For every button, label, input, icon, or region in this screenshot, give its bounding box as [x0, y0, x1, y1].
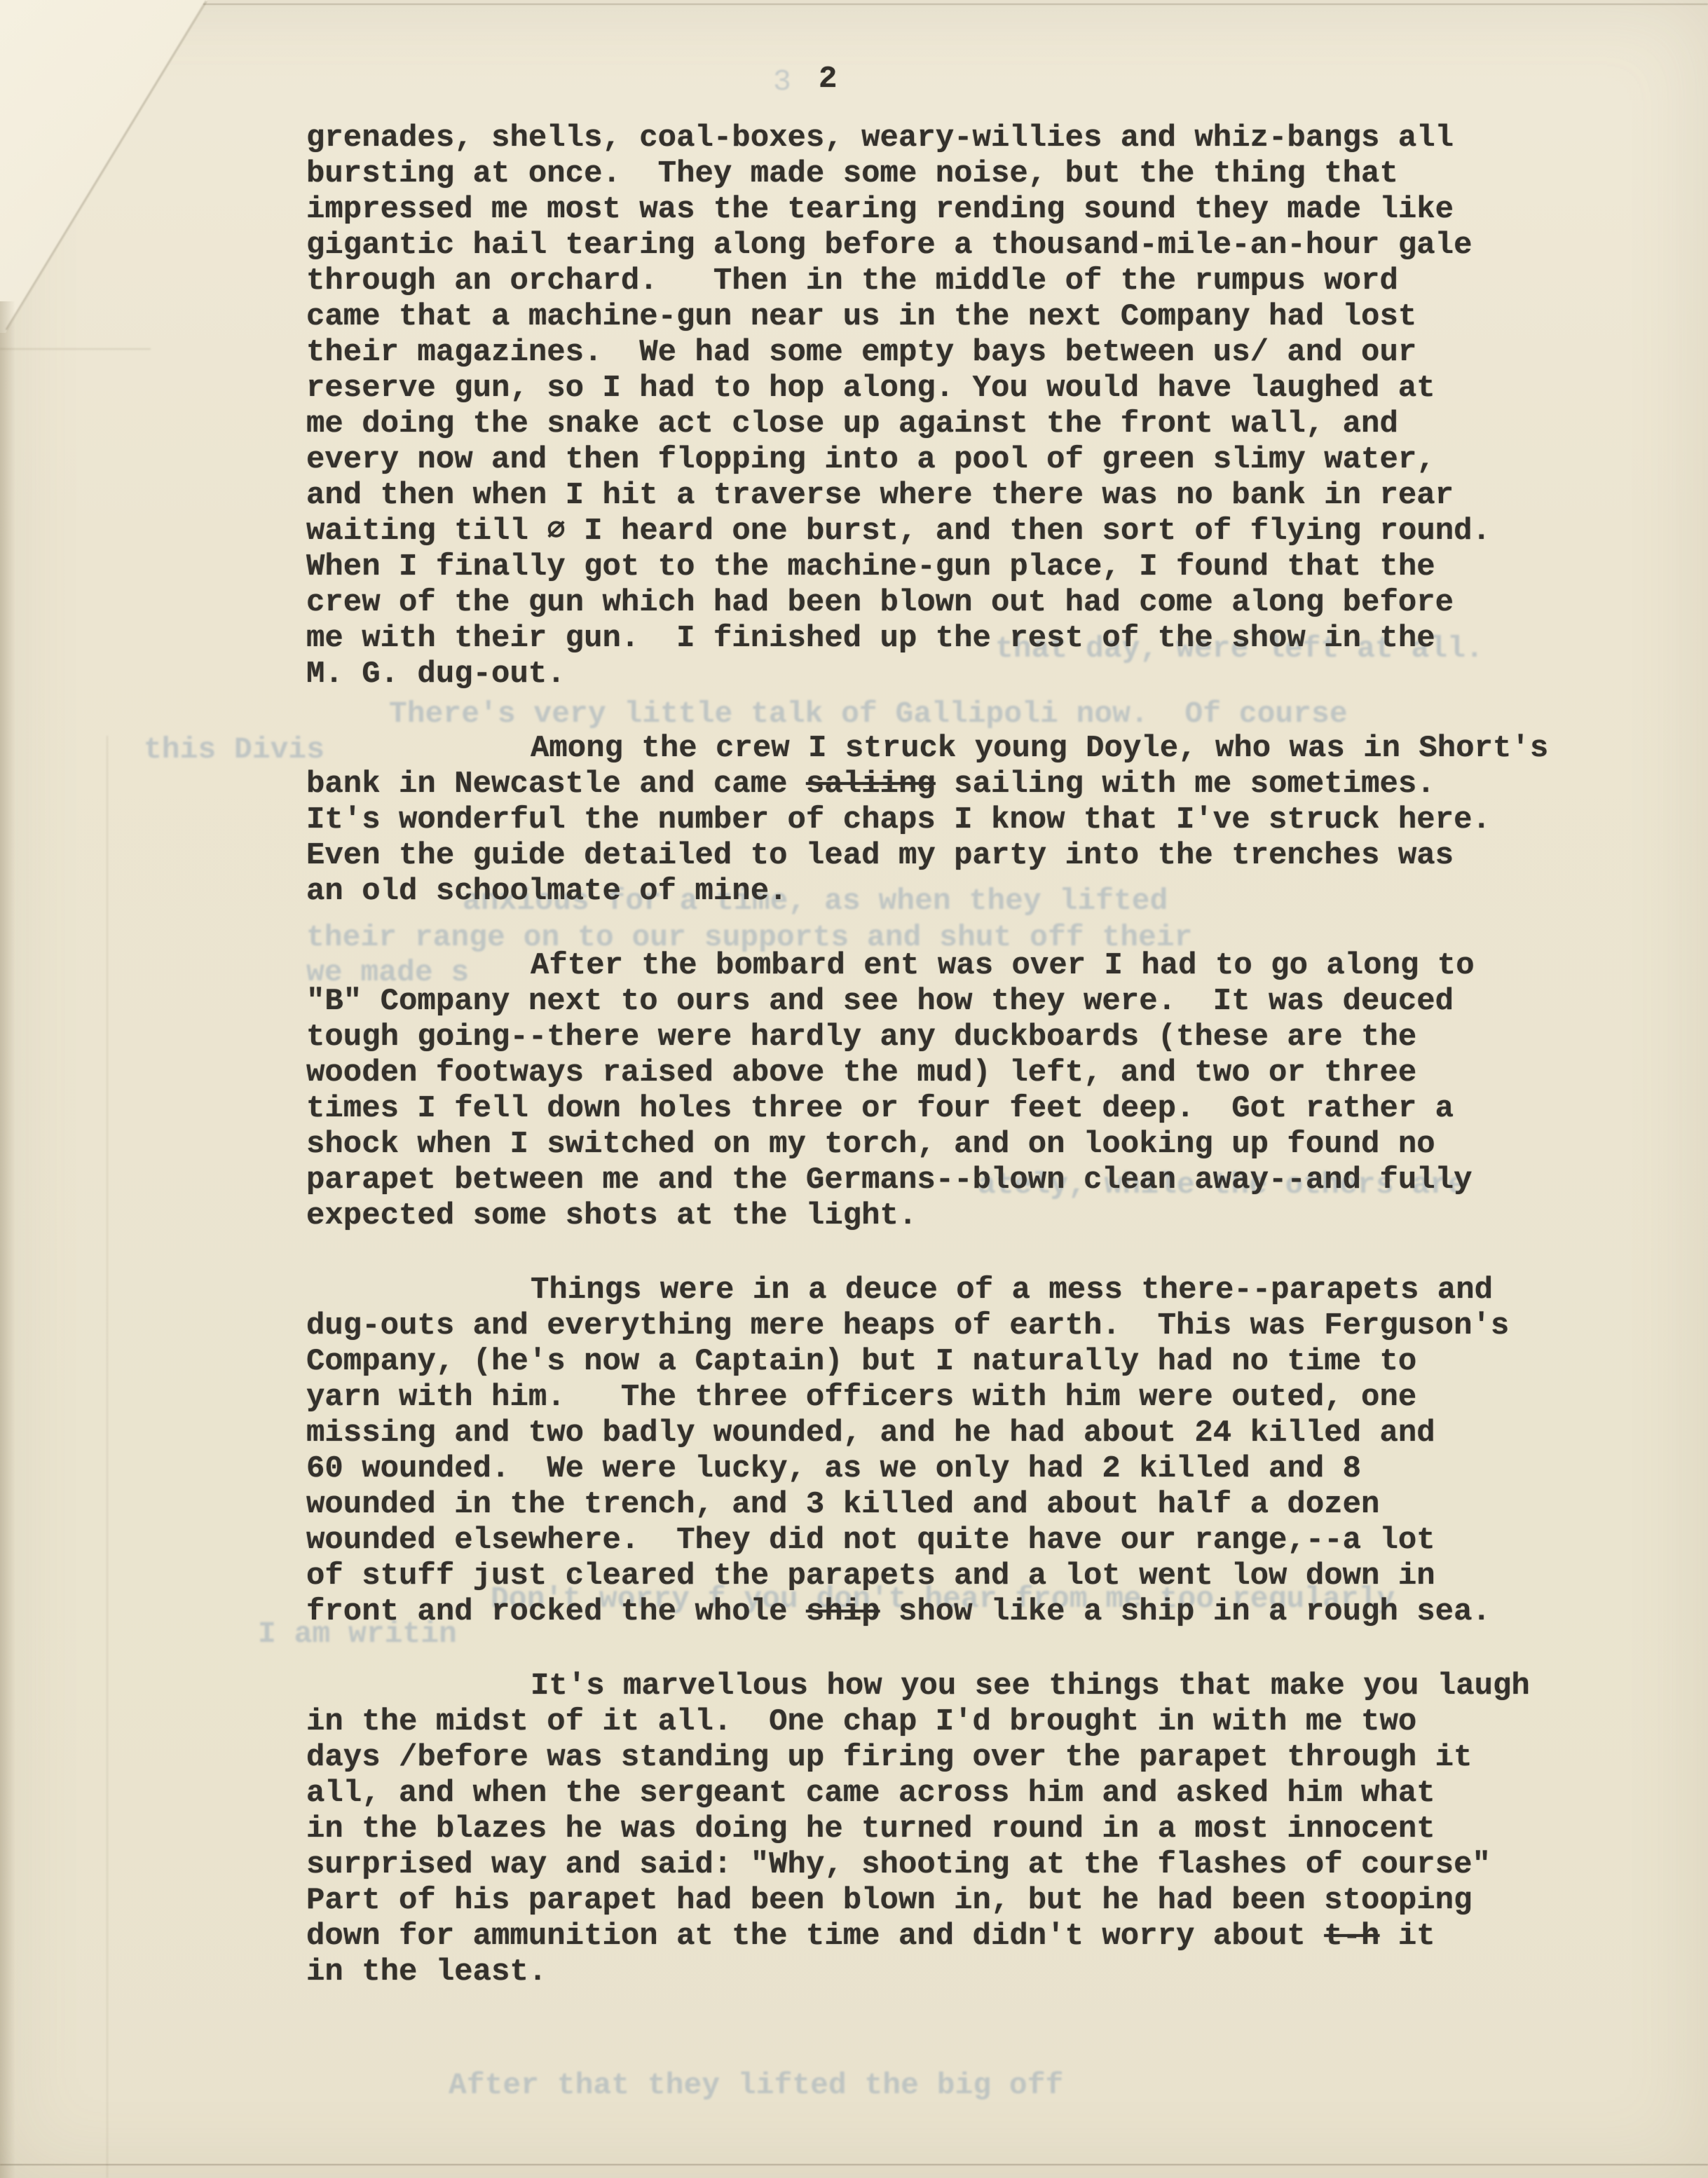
letter-line: impressed me most was the tearing rendin… — [306, 192, 1561, 228]
letter-paragraph: After the bombard ent was over I had to … — [306, 948, 1561, 1234]
letter-paragraph: grenades, shells, coal-boxes, weary-will… — [306, 121, 1561, 692]
letter-line: bank in Newcastle and came saliing saili… — [306, 767, 1561, 802]
struck-text: saliing — [806, 767, 936, 802]
letter-line: came that a machine-gun near us in the n… — [306, 299, 1561, 335]
letter-line: tough going--there were hardly any duckb… — [306, 1020, 1561, 1055]
letter-line: dug-outs and everything mere heaps of ea… — [306, 1308, 1561, 1344]
letter-paragraph: Things were in a deuce of a mess there--… — [306, 1273, 1561, 1630]
letter-line: every now and then flopping into a pool … — [306, 442, 1561, 478]
letter-line: me doing the snake act close up against … — [306, 406, 1561, 442]
letter-line: shock when I switched on my torch, and o… — [306, 1127, 1561, 1163]
letter-line: wounded in the trench, and 3 killed and … — [306, 1487, 1561, 1523]
letter-line: bursting at once. They made some noise, … — [306, 156, 1561, 192]
letter-line: times I fell down holes three or four fe… — [306, 1091, 1561, 1127]
letter-line: expected some shots at the light. — [306, 1198, 1561, 1234]
struck-text: t-h — [1324, 1919, 1379, 1954]
letter-line: When I finally got to the machine-gun pl… — [306, 549, 1561, 585]
letter-line: grenades, shells, coal-boxes, weary-will… — [306, 121, 1561, 156]
letter-body: grenades, shells, coal-boxes, weary-will… — [306, 121, 1561, 1990]
paper-bottom-edge — [0, 2164, 1708, 2165]
letter-line: missing and two badly wounded, and he ha… — [306, 1416, 1561, 1451]
letter-paragraph: It's marvellous how you see things that … — [306, 1669, 1561, 1990]
letter-line: Even the guide detailed to lead my party… — [306, 838, 1561, 874]
letter-line: parapet between me and the Germans--blow… — [306, 1163, 1561, 1198]
letter-line: It's marvellous how you see things that … — [306, 1669, 1561, 1704]
letter-line: Among the crew I struck young Doyle, who… — [306, 731, 1561, 767]
letter-line: down for ammunition at the time and didn… — [306, 1919, 1561, 1954]
letter-line: gigantic hail tearing along before a tho… — [306, 228, 1561, 263]
ghost-bleedthrough-page-number: 3 — [773, 64, 791, 99]
left-edge-shadow — [0, 301, 15, 2178]
paper-top-edge — [203, 4, 1708, 5]
letter-line: in the midst of it all. One chap I'd bro… — [306, 1704, 1561, 1740]
letter-line: all, and when the sergeant came across h… — [306, 1776, 1561, 1811]
letter-line: M. G. dug-out. — [306, 657, 1561, 692]
letter-line: wounded elsewhere. They did not quite ha… — [306, 1523, 1561, 1559]
letter-line: 60 wounded. We were lucky, as we only ha… — [306, 1451, 1561, 1487]
letter-line: Things were in a deuce of a mess there--… — [306, 1273, 1561, 1308]
struck-text: ship — [806, 1594, 880, 1629]
letter-line: surprised way and said: "Why, shooting a… — [306, 1847, 1561, 1883]
page-number: 2 — [819, 62, 837, 97]
letter-line: wooden footways raised above the mud) le… — [306, 1055, 1561, 1091]
letter-line: After the bombard ent was over I had to … — [306, 948, 1561, 984]
letter-line: reserve gun, so I had to hop along. You … — [306, 371, 1561, 406]
letter-line: in the least. — [306, 1954, 1561, 1990]
letter-line: in the blazes he was doing he turned rou… — [306, 1811, 1561, 1847]
letter-line: crew of the gun which had been blown out… — [306, 585, 1561, 621]
letter-line: Part of his parapet had been blown in, b… — [306, 1883, 1561, 1919]
letter-line: of stuff just cleared the parapets and a… — [306, 1559, 1561, 1594]
vertical-crease — [107, 736, 108, 2178]
ghost-bleedthrough-text: this Divis — [144, 732, 324, 767]
ghost-bleedthrough-text: After that they lifted the big off — [449, 2067, 1063, 2103]
letter-paragraph: Among the crew I struck young Doyle, who… — [306, 731, 1561, 910]
letter-line: days /before was standing up firing over… — [306, 1740, 1561, 1776]
letter-line: and then when I hit a traverse where the… — [306, 478, 1561, 514]
letter-line: Company, (he's now a Captain) but I natu… — [306, 1344, 1561, 1380]
scanned-letter-page: 3 2 that day, were left at all.There's v… — [0, 0, 1708, 2178]
letter-line: "B" Company next to ours and see how the… — [306, 984, 1561, 1020]
letter-line: waiting till ∅ I heard one burst, and th… — [306, 514, 1561, 549]
letter-line: an old schoolmate of mine. — [306, 874, 1561, 910]
horizontal-crease — [0, 348, 151, 350]
letter-line: me with their gun. I finished up the res… — [306, 621, 1561, 657]
letter-line: their magazines. We had some empty bays … — [306, 335, 1561, 371]
letter-line: It's wonderful the number of chaps I kno… — [306, 802, 1561, 838]
letter-line: through an orchard. Then in the middle o… — [306, 263, 1561, 299]
letter-line: front and rocked the whole ship show lik… — [306, 1594, 1561, 1630]
letter-line: yarn with him. The three officers with h… — [306, 1380, 1561, 1416]
